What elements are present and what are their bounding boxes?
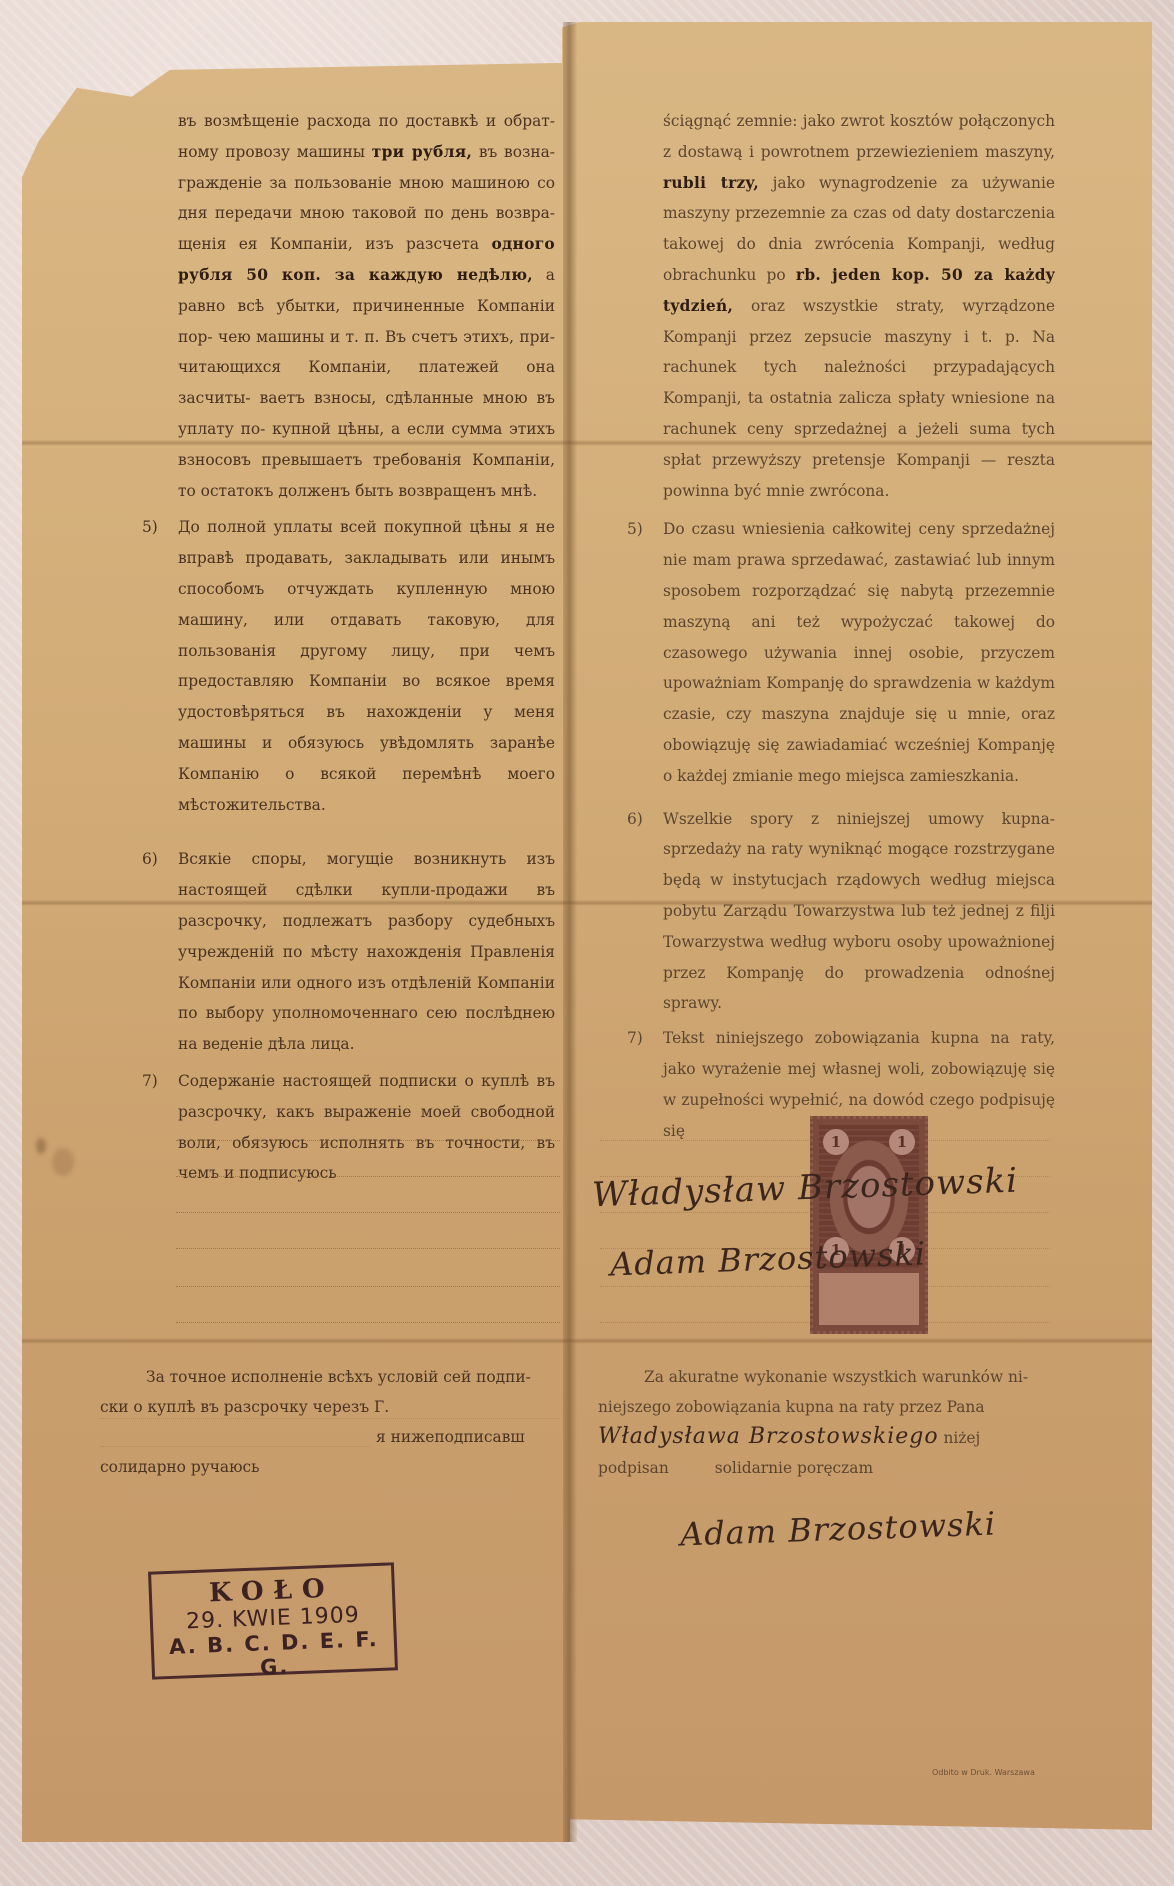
clause-text: Содержаніе настоящей подписки о куплѣ въ…: [178, 1066, 555, 1189]
signature-line: [176, 1322, 560, 1323]
horizontal-fold-crease: [22, 1338, 1152, 1344]
vertical-fold-crease: [563, 22, 577, 1842]
clause-number: 5): [142, 512, 158, 543]
revenue-stamp: 1 1 1 1: [810, 1116, 928, 1334]
signature-line: [176, 1140, 560, 1141]
signature-line: [176, 1286, 560, 1287]
clause-number: 7): [142, 1066, 158, 1097]
signature-line: [176, 1248, 560, 1249]
clause-text: До полной уплаты всей покупной цѣны я не…: [178, 512, 555, 820]
guarantee-pl: Za akuratne wykonanie wszystkich warunkó…: [598, 1362, 1063, 1483]
clause-6-ru: 6) Всякіе споры, могущіе возникнуть изъ …: [178, 844, 555, 1060]
signature-line: [176, 1176, 560, 1177]
fill-in-line: [100, 1446, 370, 1447]
handwritten-name: Władysława Brzostowskiego: [598, 1422, 939, 1452]
signature-line: [176, 1212, 560, 1213]
polish-text-column: ściągnąć zemnie: jako zwrot kosztów połą…: [663, 106, 1055, 1146]
clause-number: 6): [627, 804, 643, 835]
ink-stain: [36, 1138, 46, 1154]
clause-text: Wszelkie spory z niniejszej umowy kupna-…: [663, 804, 1055, 1020]
clause-6-pl: 6) Wszelkie spory z niniejszej umowy kup…: [663, 804, 1055, 1020]
koło-postmark: KOŁO 29. KWIE 1909 A. B. C. D. E. F. G.: [148, 1562, 398, 1679]
fill-in-line: [100, 1418, 560, 1419]
postmark-letters: A. B. C. D. E. F. G.: [153, 1626, 395, 1683]
guarantee-ru: За точное исполненіе всѣхъ условій сей п…: [100, 1362, 560, 1482]
clause-4-continuation: въ возмѣщеніе расхода по доставкѣ и обра…: [178, 106, 555, 506]
russian-text-column: въ возмѣщеніе расхода по доставкѣ и обра…: [178, 106, 555, 1189]
ink-stain: [52, 1148, 74, 1176]
clause-4-continuation-pl: ściągnąć zemnie: jako zwrot kosztów połą…: [663, 106, 1055, 506]
clause-5-ru: 5) До полной уплаты всей покупной цѣны я…: [178, 512, 555, 820]
printer-imprint: Odbito w Druk. Warszawa: [932, 1768, 1035, 1777]
clause-5-pl: 5) Do czasu wniesienia całkowitej ceny s…: [663, 514, 1055, 791]
stamp-tab: [819, 1273, 919, 1325]
clause-number: 5): [627, 514, 643, 545]
clause-text: Do czasu wniesienia całkowitej ceny sprz…: [663, 514, 1055, 791]
clause-number: 6): [142, 844, 158, 875]
clause-number: 7): [627, 1023, 643, 1054]
clause-text: Всякіе споры, могущіе возникнуть изъ нас…: [178, 844, 555, 1060]
clause-7-ru: 7) Содержаніе настоящей подписки о куплѣ…: [178, 1066, 555, 1189]
